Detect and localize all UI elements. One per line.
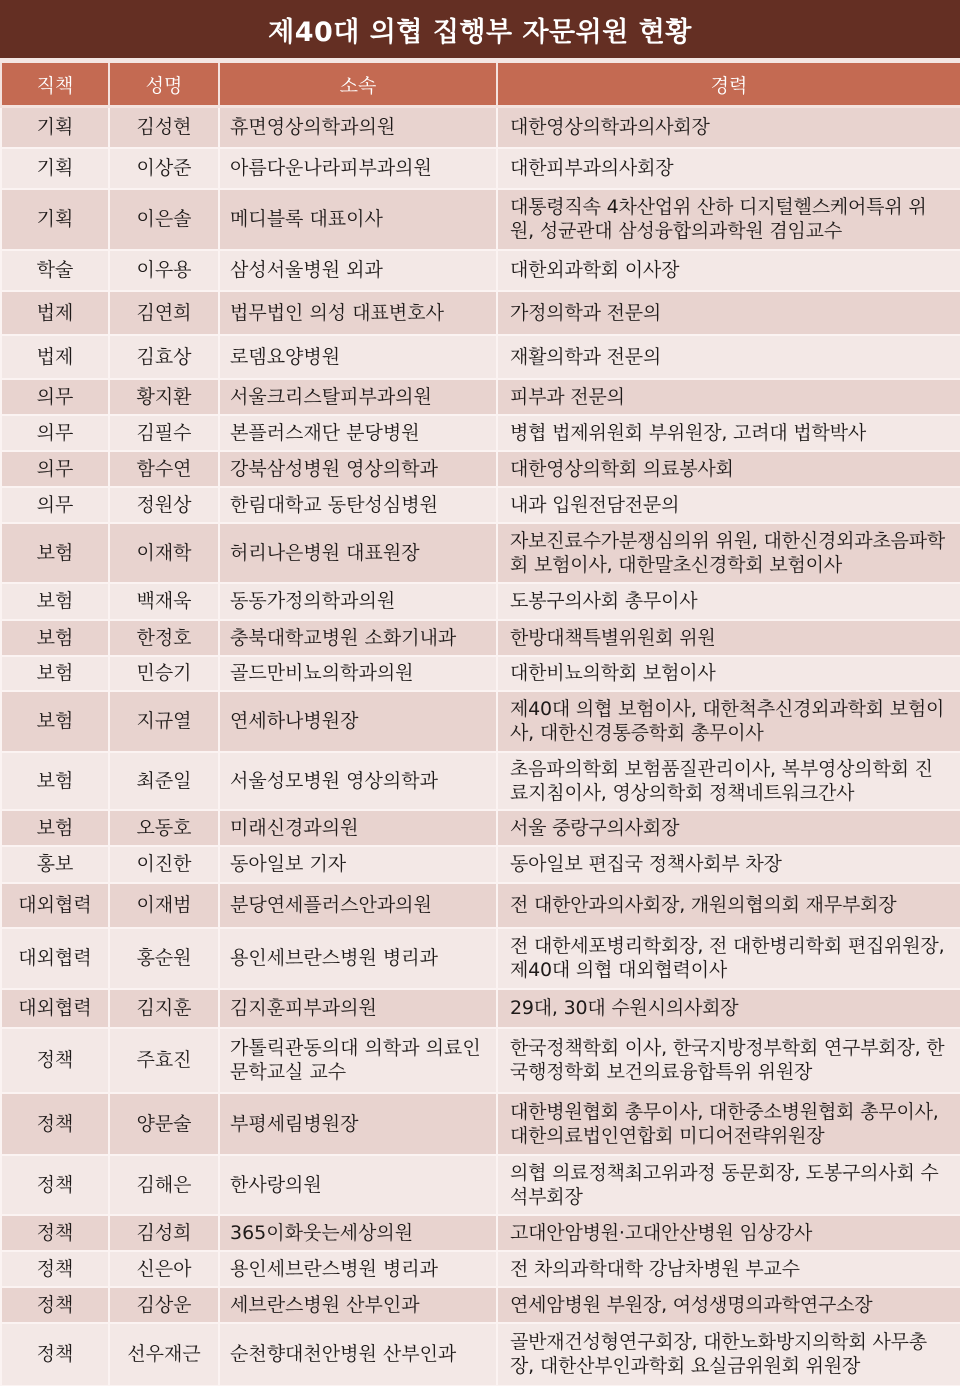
table-row: 보험한정호충북대학교병원 소화기내과한방대책특별위원회 위원: [1, 620, 960, 656]
affiliation-cell: 허리나은병원 대표원장: [219, 523, 497, 583]
name-cell: 황지환: [109, 379, 219, 415]
name-cell: 함수연: [109, 451, 219, 487]
role-cell: 의무: [1, 451, 109, 487]
name-cell: 김해은: [109, 1155, 219, 1215]
affiliation-cell: 세브란스병원 산부인과: [219, 1287, 497, 1323]
role-cell: 보험: [1, 523, 109, 583]
affiliation-cell: 법무법인 의성 대표변호사: [219, 291, 497, 335]
name-cell: 백재욱: [109, 583, 219, 620]
column-header-name: 성명: [109, 63, 219, 107]
name-cell: 선우재근: [109, 1323, 219, 1386]
career-cell: 내과 입원전담전문의: [497, 487, 960, 523]
role-cell: 법제: [1, 291, 109, 335]
career-cell: 연세암병원 부원장, 여성생명의과학연구소장: [497, 1287, 960, 1323]
career-cell: 대한병원협회 총무이사, 대한중소병원협회 총무이사, 대한의료법인연합회 미디…: [497, 1093, 960, 1155]
table-row: 보험최준일서울성모병원 영상의학과초음파의학회 보험품질관리이사, 복부영상의학…: [1, 752, 960, 810]
affiliation-cell: 김지훈피부과의원: [219, 989, 497, 1028]
role-cell: 대외협력: [1, 989, 109, 1028]
affiliation-cell: 서울크리스탈피부과의원: [219, 379, 497, 415]
affiliation-cell: 미래신경과의원: [219, 810, 497, 846]
affiliation-cell: 로뎀요양병원: [219, 335, 497, 379]
role-cell: 보험: [1, 810, 109, 846]
name-cell: 김성희: [109, 1215, 219, 1251]
affiliation-cell: 분당연세플러스안과의원: [219, 883, 497, 928]
career-cell: 한국정책학회 이사, 한국지방정부학회 연구부회장, 한국행정학회 보건의료융합…: [497, 1028, 960, 1093]
affiliation-cell: 휴면영상의학과의원: [219, 107, 497, 148]
career-cell: 대한외과학회 이사장: [497, 250, 960, 291]
role-cell: 보험: [1, 620, 109, 656]
name-cell: 김성현: [109, 107, 219, 148]
table-row: 보험지규열연세하나병원장제40대 의협 보험이사, 대한척추신경외과학회 보험이…: [1, 691, 960, 752]
name-cell: 김지훈: [109, 989, 219, 1028]
table-row: 보험백재욱동동가정의학과의원도봉구의사회 총무이사: [1, 583, 960, 620]
career-cell: 초음파의학회 보험품질관리이사, 복부영상의학회 진료지침이사, 영상의학회 정…: [497, 752, 960, 810]
name-cell: 오동호: [109, 810, 219, 846]
table-row: 보험오동호미래신경과의원서울 중랑구의사회장: [1, 810, 960, 846]
career-cell: 29대, 30대 수원시의사회장: [497, 989, 960, 1028]
role-cell: 보험: [1, 691, 109, 752]
role-cell: 의무: [1, 415, 109, 451]
career-cell: 골반재건성형연구회장, 대한노화방지의학회 사무총장, 대한산부인과학회 요실금…: [497, 1323, 960, 1386]
name-cell: 이상준: [109, 148, 219, 189]
affiliation-cell: 한림대학교 동탄성심병원: [219, 487, 497, 523]
career-cell: 병협 법제위원회 부위원장, 고려대 법학박사: [497, 415, 960, 451]
name-cell: 신은아: [109, 1251, 219, 1287]
career-cell: 서울 중랑구의사회장: [497, 810, 960, 846]
role-cell: 기획: [1, 189, 109, 250]
table-row: 정책김상운세브란스병원 산부인과연세암병원 부원장, 여성생명의과학연구소장: [1, 1287, 960, 1323]
table-row: 의무김필수본플러스재단 분당병원병협 법제위원회 부위원장, 고려대 법학박사: [1, 415, 960, 451]
table-row: 정책김성희365이화웃는세상의원고대안암병원·고대안산병원 임상강사: [1, 1215, 960, 1251]
table-body: 기획김성현휴면영상의학과의원대한영상의학과의사회장기획이상준아름다운나라피부과의…: [1, 107, 960, 1386]
role-cell: 의무: [1, 487, 109, 523]
career-cell: 대한피부과의사회장: [497, 148, 960, 189]
column-header-career: 경력: [497, 63, 960, 107]
name-cell: 김상운: [109, 1287, 219, 1323]
table-row: 기획김성현휴면영상의학과의원대한영상의학과의사회장: [1, 107, 960, 148]
affiliation-cell: 부평세림병원장: [219, 1093, 497, 1155]
table-row: 의무정원상한림대학교 동탄성심병원내과 입원전담전문의: [1, 487, 960, 523]
name-cell: 김필수: [109, 415, 219, 451]
table-row: 의무함수연강북삼성병원 영상의학과대한영상의학회 의료봉사회: [1, 451, 960, 487]
table-row: 대외협력이재범분당연세플러스안과의원전 대한안과의사회장, 개원의협의회 재무부…: [1, 883, 960, 928]
table-row: 기획이은솔메디블록 대표이사대통령직속 4차산업위 산하 디지털헬스케어특위 위…: [1, 189, 960, 250]
role-cell: 대외협력: [1, 883, 109, 928]
career-cell: 피부과 전문의: [497, 379, 960, 415]
career-cell: 대한영상의학과의사회장: [497, 107, 960, 148]
affiliation-cell: 연세하나병원장: [219, 691, 497, 752]
affiliation-cell: 가톨릭관동의대 의학과 의료인문학교실 교수: [219, 1028, 497, 1093]
table-row: 정책선우재근순천향대천안병원 산부인과골반재건성형연구회장, 대한노화방지의학회…: [1, 1323, 960, 1386]
career-cell: 자보진료수가분쟁심의위 위원, 대한신경외과초음파학회 보험이사, 대한말초신경…: [497, 523, 960, 583]
role-cell: 기획: [1, 148, 109, 189]
name-cell: 정원상: [109, 487, 219, 523]
affiliation-cell: 동아일보 기자: [219, 846, 497, 883]
career-cell: 가정의학과 전문의: [497, 291, 960, 335]
role-cell: 법제: [1, 335, 109, 379]
table-row: 정책신은아용인세브란스병원 병리과전 차의과학대학 강남차병원 부교수: [1, 1251, 960, 1287]
role-cell: 홍보: [1, 846, 109, 883]
affiliation-cell: 용인세브란스병원 병리과: [219, 1251, 497, 1287]
career-cell: 전 차의과학대학 강남차병원 부교수: [497, 1251, 960, 1287]
table-row: 의무황지환서울크리스탈피부과의원피부과 전문의: [1, 379, 960, 415]
role-cell: 기획: [1, 107, 109, 148]
name-cell: 지규열: [109, 691, 219, 752]
career-cell: 전 대한안과의사회장, 개원의협의회 재무부회장: [497, 883, 960, 928]
career-cell: 고대안암병원·고대안산병원 임상강사: [497, 1215, 960, 1251]
name-cell: 홍순원: [109, 928, 219, 989]
role-cell: 학술: [1, 250, 109, 291]
career-cell: 재활의학과 전문의: [497, 335, 960, 379]
name-cell: 김효상: [109, 335, 219, 379]
affiliation-cell: 동동가정의학과의원: [219, 583, 497, 620]
table-row: 정책주효진가톨릭관동의대 의학과 의료인문학교실 교수한국정책학회 이사, 한국…: [1, 1028, 960, 1093]
table-row: 학술이우용삼성서울병원 외과대한외과학회 이사장: [1, 250, 960, 291]
role-cell: 정책: [1, 1093, 109, 1155]
career-cell: 대통령직속 4차산업위 산하 디지털헬스케어특위 위원, 성균관대 삼성융합의과…: [497, 189, 960, 250]
affiliation-cell: 아름다운나라피부과의원: [219, 148, 497, 189]
affiliation-cell: 골드만비뇨의학과의원: [219, 656, 497, 691]
affiliation-cell: 메디블록 대표이사: [219, 189, 497, 250]
role-cell: 대외협력: [1, 928, 109, 989]
table-row: 보험민승기골드만비뇨의학과의원대한비뇨의학회 보험이사: [1, 656, 960, 691]
role-cell: 의무: [1, 379, 109, 415]
table-row: 법제김연희법무법인 의성 대표변호사가정의학과 전문의: [1, 291, 960, 335]
role-cell: 정책: [1, 1028, 109, 1093]
affiliation-cell: 본플러스재단 분당병원: [219, 415, 497, 451]
name-cell: 김연희: [109, 291, 219, 335]
table-row: 보험이재학허리나은병원 대표원장자보진료수가분쟁심의위 위원, 대한신경외과초음…: [1, 523, 960, 583]
role-cell: 정책: [1, 1155, 109, 1215]
table-row: 홍보이진한동아일보 기자동아일보 편집국 정책사회부 차장: [1, 846, 960, 883]
name-cell: 이우용: [109, 250, 219, 291]
name-cell: 민승기: [109, 656, 219, 691]
table-row: 대외협력홍순원용인세브란스병원 병리과전 대한세포병리학회장, 전 대한병리학회…: [1, 928, 960, 989]
affiliation-cell: 순천향대천안병원 산부인과: [219, 1323, 497, 1386]
affiliation-cell: 서울성모병원 영상의학과: [219, 752, 497, 810]
name-cell: 이재학: [109, 523, 219, 583]
role-cell: 정책: [1, 1215, 109, 1251]
table-row: 정책김해은한사랑의원의협 의료정책최고위과정 동문회장, 도봉구의사회 수석부회…: [1, 1155, 960, 1215]
career-cell: 제40대 의협 보험이사, 대한척추신경외과학회 보험이사, 대한신경통증학회 …: [497, 691, 960, 752]
role-cell: 보험: [1, 752, 109, 810]
affiliation-cell: 용인세브란스병원 병리과: [219, 928, 497, 989]
role-cell: 정책: [1, 1287, 109, 1323]
role-cell: 보험: [1, 583, 109, 620]
advisors-table: 직책 성명 소속 경력 기획김성현휴면영상의학과의원대한영상의학과의사회장기획이…: [0, 63, 960, 1386]
column-header-role: 직책: [1, 63, 109, 107]
role-cell: 정책: [1, 1251, 109, 1287]
career-cell: 대한영상의학회 의료봉사회: [497, 451, 960, 487]
table-row: 법제김효상로뎀요양병원재활의학과 전문의: [1, 335, 960, 379]
table-header-row: 직책 성명 소속 경력: [1, 63, 960, 107]
role-cell: 보험: [1, 656, 109, 691]
column-header-affiliation: 소속: [219, 63, 497, 107]
table-row: 대외협력김지훈김지훈피부과의원29대, 30대 수원시의사회장: [1, 989, 960, 1028]
table-row: 기획이상준아름다운나라피부과의원대한피부과의사회장: [1, 148, 960, 189]
name-cell: 양문술: [109, 1093, 219, 1155]
career-cell: 도봉구의사회 총무이사: [497, 583, 960, 620]
affiliation-cell: 충북대학교병원 소화기내과: [219, 620, 497, 656]
role-cell: 정책: [1, 1323, 109, 1386]
name-cell: 주효진: [109, 1028, 219, 1093]
name-cell: 이재범: [109, 883, 219, 928]
career-cell: 한방대책특별위원회 위원: [497, 620, 960, 656]
career-cell: 동아일보 편집국 정책사회부 차장: [497, 846, 960, 883]
page-title: 제40대 의협 집행부 자문위원 현황: [0, 0, 960, 63]
career-cell: 전 대한세포병리학회장, 전 대한병리학회 편집위원장, 제40대 의협 대외협…: [497, 928, 960, 989]
name-cell: 이은솔: [109, 189, 219, 250]
career-cell: 의협 의료정책최고위과정 동문회장, 도봉구의사회 수석부회장: [497, 1155, 960, 1215]
table-row: 정책양문술부평세림병원장대한병원협회 총무이사, 대한중소병원협회 총무이사, …: [1, 1093, 960, 1155]
name-cell: 이진한: [109, 846, 219, 883]
career-cell: 대한비뇨의학회 보험이사: [497, 656, 960, 691]
name-cell: 한정호: [109, 620, 219, 656]
name-cell: 최준일: [109, 752, 219, 810]
affiliation-cell: 한사랑의원: [219, 1155, 497, 1215]
affiliation-cell: 365이화웃는세상의원: [219, 1215, 497, 1251]
affiliation-cell: 삼성서울병원 외과: [219, 250, 497, 291]
affiliation-cell: 강북삼성병원 영상의학과: [219, 451, 497, 487]
